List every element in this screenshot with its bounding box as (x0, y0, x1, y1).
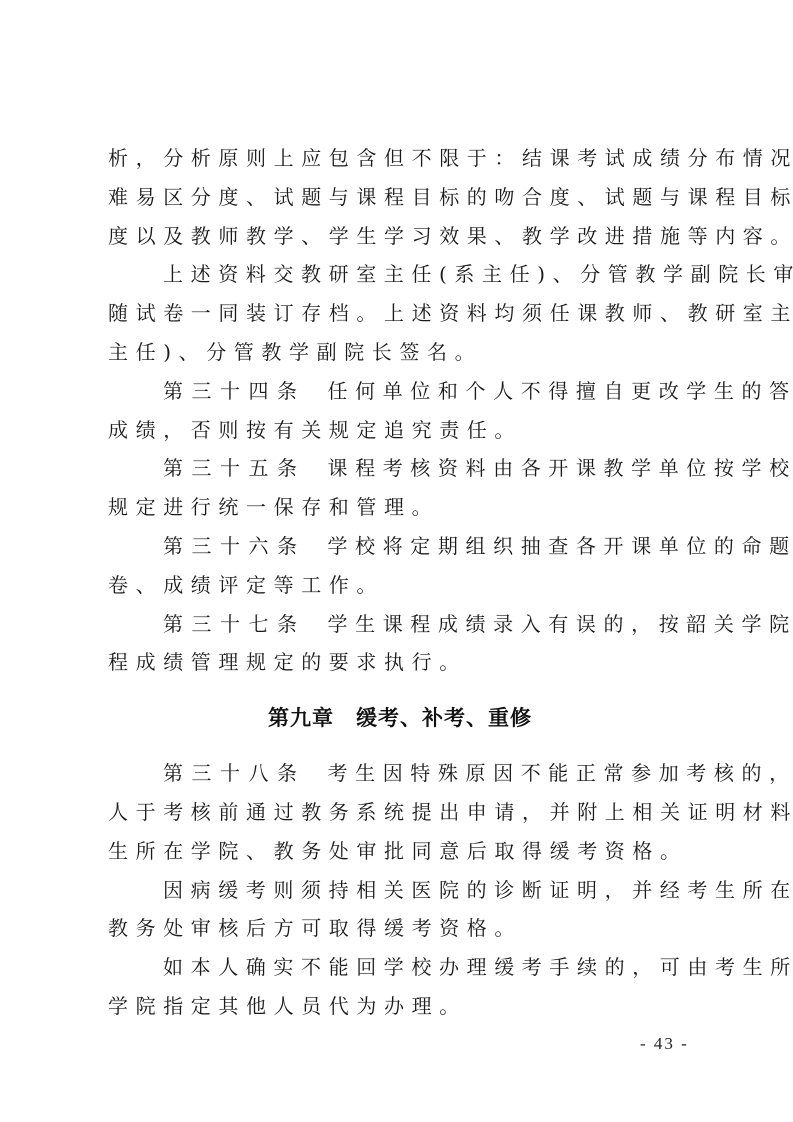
article-number: 第三十七条 (163, 612, 306, 636)
text-line: 生所在学院、教务处审批同意后取得缓考资格。 (108, 832, 692, 871)
page-number: - 43 - (640, 1034, 689, 1054)
article-text: 考生因特殊原因不能正常参加考核的，应由本 (328, 761, 793, 785)
chapter-number: 第九章 (268, 706, 334, 730)
text-line: 规定进行统一保存和管理。 (108, 488, 692, 527)
paragraph-proxy-deferral: 如本人确实不能回学校办理缓考手续的，可由考生所在二级 学院指定其他人员代为办理。 (108, 948, 692, 1026)
paragraph-analysis-content: 析，分析原则上应包含但不限于：结课考试成绩分布情况、试题 难易区分度、试题与课程… (108, 139, 692, 255)
article-38: 第三十八条考生因特殊原因不能正常参加考核的，应由本 人于考核前通过教务系统提出申… (108, 754, 692, 870)
article-text: 任何单位和个人不得擅自更改学生的答案和 (328, 379, 793, 403)
text-line: 度以及教师教学、学生学习效果、教学改进措施等内容。 (108, 217, 692, 256)
text-line: 教务处审核后方可取得缓考资格。 (108, 909, 692, 948)
article-text: 学生课程成绩录入有误的，按韶关学院学生课 (328, 612, 793, 636)
article-36: 第三十六条学校将定期组织抽查各开课单位的命题、阅 卷、成绩评定等工作。 (108, 527, 692, 605)
chapter-heading: 第九章缓考、补考、重修 (108, 682, 692, 754)
article-text: 课程考核资料由各开课教学单位按学校有关 (328, 456, 793, 480)
text-line: 析，分析原则上应包含但不限于：结课考试成绩分布情况、试题 (108, 139, 692, 178)
text-line: 第三十七条学生课程成绩录入有误的，按韶关学院学生课 (108, 605, 692, 644)
text-line: 因病缓考则须持相关医院的诊断证明，并经考生所在学院、 (108, 871, 692, 910)
document-page: 析，分析原则上应包含但不限于：结课考试成绩分布情况、试题 难易区分度、试题与课程… (108, 139, 692, 1026)
text-line: 成绩，否则按有关规定追究责任。 (108, 411, 692, 450)
text-line: 难易区分度、试题与课程目标的吻合度、试题与课程目标的达成 (108, 178, 692, 217)
text-line: 上述资料交教研室主任(系主任)、分管教学副院长审核后， (108, 255, 692, 294)
article-34: 第三十四条任何单位和个人不得擅自更改学生的答案和 成绩，否则按有关规定追究责任。 (108, 372, 692, 450)
text-line: 主任)、分管教学副院长签名。 (108, 333, 692, 372)
paragraph-review-archive: 上述资料交教研室主任(系主任)、分管教学副院长审核后， 随试卷一同装订存档。上述… (108, 255, 692, 371)
article-text: 学校将定期组织抽查各开课单位的命题、阅 (328, 534, 793, 558)
text-line: 学院指定其他人员代为办理。 (108, 987, 692, 1026)
text-line: 第三十四条任何单位和个人不得擅自更改学生的答案和 (108, 372, 692, 411)
text-line: 人于考核前通过教务系统提出申请，并附上相关证明材料，经考 (108, 793, 692, 832)
text-line: 卷、成绩评定等工作。 (108, 566, 692, 605)
text-line: 第三十六条学校将定期组织抽查各开课单位的命题、阅 (108, 527, 692, 566)
text-line: 第三十八条考生因特殊原因不能正常参加考核的，应由本 (108, 754, 692, 793)
chapter-title: 缓考、补考、重修 (356, 706, 532, 730)
text-line: 如本人确实不能回学校办理缓考手续的，可由考生所在二级 (108, 948, 692, 987)
article-35: 第三十五条课程考核资料由各开课教学单位按学校有关 规定进行统一保存和管理。 (108, 449, 692, 527)
article-number: 第三十八条 (163, 761, 306, 785)
article-number: 第三十六条 (163, 534, 306, 558)
article-number: 第三十四条 (163, 379, 306, 403)
article-number: 第三十五条 (163, 456, 306, 480)
text-line: 第三十五条课程考核资料由各开课教学单位按学校有关 (108, 449, 692, 488)
text-line: 程成绩管理规定的要求执行。 (108, 643, 692, 682)
article-37: 第三十七条学生课程成绩录入有误的，按韶关学院学生课 程成绩管理规定的要求执行。 (108, 605, 692, 683)
paragraph-illness-deferral: 因病缓考则须持相关医院的诊断证明，并经考生所在学院、 教务处审核后方可取得缓考资… (108, 871, 692, 949)
text-line: 随试卷一同装订存档。上述资料均须任课教师、教研室主任(系 (108, 294, 692, 333)
